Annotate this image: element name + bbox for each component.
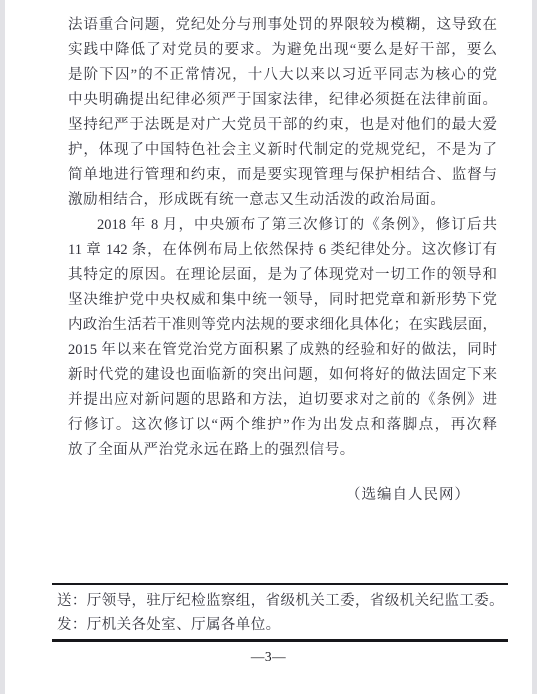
body-line: 激励相结合，形成既有统一意志又生动活泼的政治局面。 — [68, 188, 497, 213]
body-line: 新时代党的建设也面临新的突出问题，如何将好的做法固定下来 — [68, 363, 497, 388]
body-line: 内政治生活若干准则等党内法规的要求细化具体化；在实践层面， — [68, 313, 497, 338]
body-line: 实践中降低了对党员的要求。为避免出现“要么是好干部，要么 — [68, 38, 497, 63]
body-line: 法语重合问题，党纪处分与刑事处罚的界限较为模糊，这导致在 — [68, 13, 497, 38]
scan-edge-right — [532, 0, 537, 694]
body-line: 2018 年 8 月，中央颁布了第三次修订的《条例》，修订后共 — [68, 213, 497, 238]
body-line: 2015 年以来在管党治党方面积累了成熟的经验和好的做法，同时 — [68, 338, 497, 363]
body-line: 坚持纪严于法既是对广大党员干部的约束，也是对他们的最大爱 — [68, 113, 497, 138]
body-line: 11 章 142 条，在体例布局上依然保持 6 类纪律处分。这次修订有 — [68, 238, 497, 263]
distribution-send-line: 送：厅领导，驻厅纪检监察组，省级机关工委，省级机关纪监工委。 — [52, 589, 508, 613]
document-body: 法语重合问题，党纪处分与刑事处罚的界限较为模糊，这导致在 实践中降低了对党员的要… — [68, 13, 497, 463]
body-line: 护，体现了中国特色社会主义新时代制定的党规党纪，不是为了 — [68, 138, 497, 163]
attribution-line: （选编自人民网） — [346, 483, 470, 508]
distribution-issue-line: 发：厅机关各处室、厅属各单位。 — [52, 613, 508, 637]
body-line: 中央明确提出纪律必须严于国家法律，纪律必须挺在法律前面。 — [68, 88, 497, 113]
document-page: 法语重合问题，党纪处分与刑事处罚的界限较为模糊，这导致在 实践中降低了对党员的要… — [0, 0, 537, 694]
body-line: 坚决维护党中央权威和集中统一领导，同时把党章和新形势下党 — [68, 288, 497, 313]
distribution-box: 送：厅领导，驻厅纪检监察组，省级机关工委，省级机关纪监工委。 发：厅机关各处室、… — [52, 583, 508, 642]
body-line: 放了全面从严治党永远在路上的强烈信号。 — [68, 438, 497, 463]
body-line: 是阶下囚”的不正常情况，十八大以来以习近平同志为核心的党 — [68, 63, 497, 88]
body-line: 其特定的原因。在理论层面，是为了体现党对一切工作的领导和 — [68, 263, 497, 288]
body-line: 行修订。这次修订以“两个维护”作为出发点和落脚点，再次释 — [68, 413, 497, 438]
scan-edge-left — [0, 0, 5, 694]
page-number: —3— — [0, 649, 537, 665]
body-line: 并提出应对新问题的思路和方法，迫切要求对之前的《条例》进 — [68, 388, 497, 413]
body-line: 简单地进行管理和约束，而是要实现管理与保护相结合、监督与 — [68, 163, 497, 188]
